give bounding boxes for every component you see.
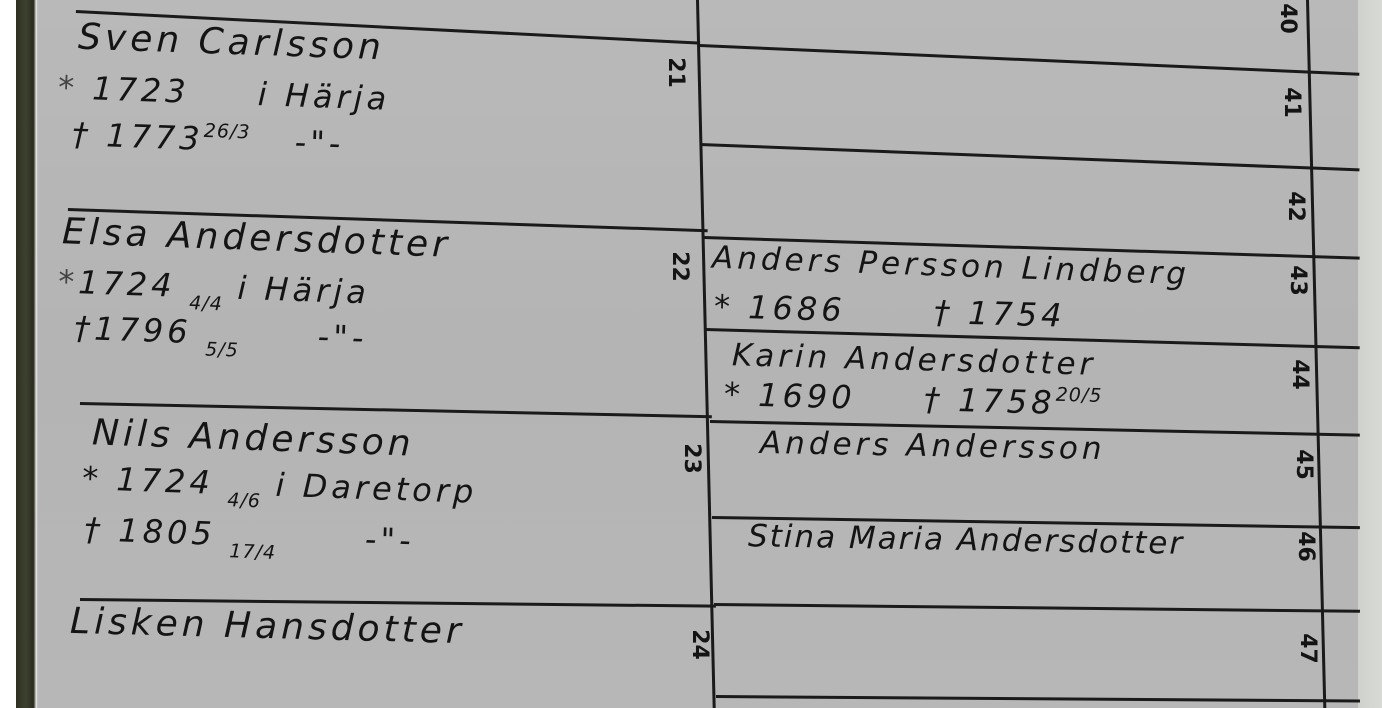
birth-day-month: 4/6	[227, 489, 261, 512]
birth-symbol: *	[58, 263, 79, 302]
birth-year: 1686	[748, 288, 846, 329]
birth-symbol: *	[57, 68, 78, 107]
birth-day-month: 4/4	[189, 292, 223, 315]
death-day-month: 5/5	[205, 338, 239, 361]
birth-year: 1723	[92, 69, 191, 110]
death-year: 1754	[968, 294, 1066, 335]
birth-place: i Daretorp	[275, 466, 478, 511]
entry-number: 41	[1279, 87, 1304, 118]
death-place: -"-	[294, 123, 345, 163]
entry-number: 47	[1295, 633, 1320, 664]
death-symbol: †	[71, 115, 92, 154]
entry-number: 23	[679, 443, 704, 474]
death-place: -"-	[364, 520, 415, 560]
page-edge-shadow	[16, 0, 38, 708]
death-day-month: 17/4	[229, 540, 276, 564]
death-year: 1773	[106, 116, 205, 157]
birth-symbol: *	[724, 375, 745, 414]
death-year: 1758	[958, 381, 1056, 422]
death-symbol: †	[923, 380, 944, 419]
person-name: Anders Andersson	[760, 425, 1106, 467]
entry-number: 22	[667, 251, 692, 282]
person-name: Stina Maria Andersdotter	[748, 518, 1185, 562]
birth-symbol: *	[714, 287, 735, 326]
entry-number: 44	[1287, 359, 1312, 390]
birth-year: 1724	[116, 460, 215, 501]
birth-place: i Härja	[237, 269, 371, 312]
entry-number: 24	[687, 629, 712, 660]
entry-number: 40	[1275, 3, 1300, 34]
photo-background-left	[0, 0, 16, 708]
death-day-month: 20/5	[1055, 384, 1102, 407]
birth-year: 1724	[78, 263, 177, 304]
death-year: 1796	[94, 310, 193, 351]
entry-number: 46	[1293, 531, 1318, 562]
photo-background-right	[1358, 0, 1382, 708]
death-symbol: †	[74, 309, 95, 348]
death-symbol: †	[933, 293, 954, 332]
entry-number: 42	[1283, 191, 1308, 222]
entry-number: 43	[1285, 265, 1310, 296]
death-place: -"-	[317, 317, 368, 357]
entry-number: 21	[663, 57, 688, 88]
birth-place: i Härja	[257, 75, 391, 118]
death-year: 1805	[118, 511, 217, 552]
death-day-month: 26/3	[204, 120, 251, 144]
birth-symbol: *	[82, 459, 103, 498]
entry-number: 45	[1291, 449, 1316, 480]
birth-year: 1690	[758, 376, 856, 417]
death-symbol: †	[84, 510, 105, 549]
